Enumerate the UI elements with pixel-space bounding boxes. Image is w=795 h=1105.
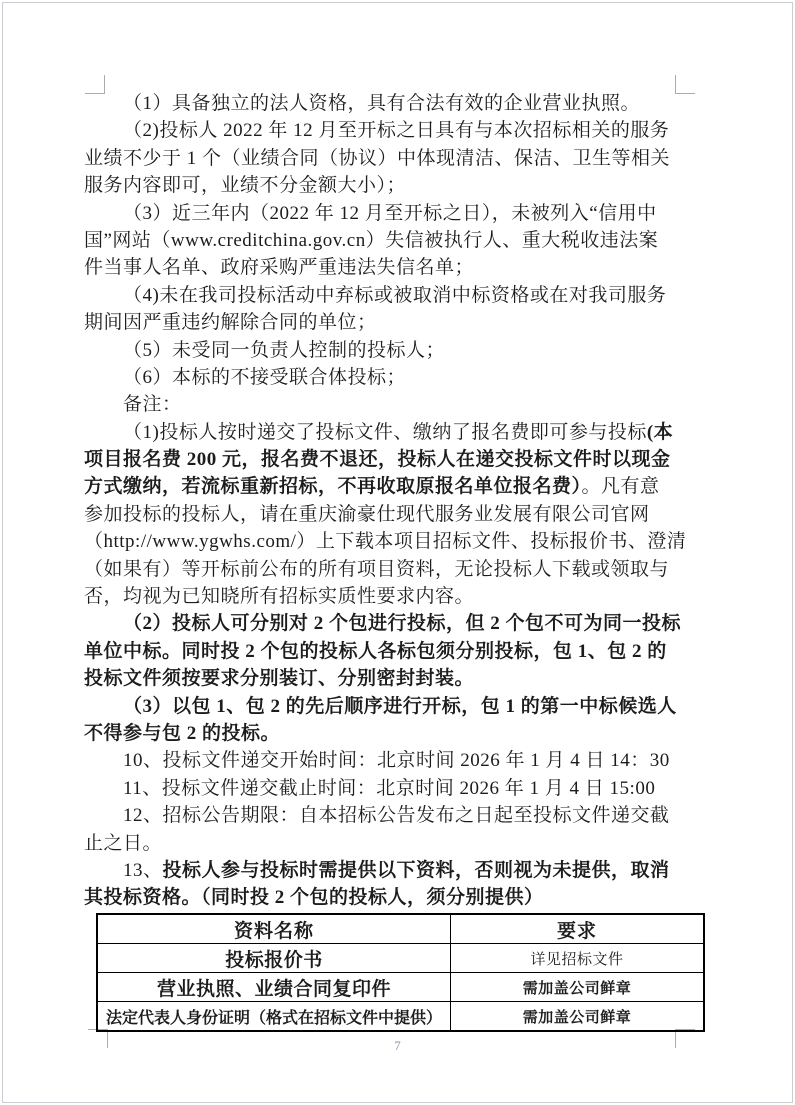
table-row: 投标报价书详见招标文件 xyxy=(97,944,704,973)
text-segment: 件当事人名单、政府采购严重违法失信名单； xyxy=(84,257,474,278)
text-segment: 10、投标文件递交开始时间：北京时间 2026 年 1 月 4 日 14：30 xyxy=(123,750,670,771)
text-line: 方式缴纳，若流标重新招标，不再收取原报名单位报名费）。凡有意 xyxy=(84,473,706,500)
text-line: （5）未受同一负责人控制的投标人； xyxy=(84,337,706,364)
text-line: 服务内容即可，业绩不分金额大小）； xyxy=(84,172,706,199)
text-segment: （2)投标人 2022 年 12 月至开标之日具有与本次招标相关的服务 xyxy=(123,120,669,141)
text-line: 13、投标人参与投标时需提供以下资料，否则视为未提供，取消 xyxy=(84,857,706,884)
table-header-cell: 资料名称 xyxy=(97,914,451,944)
text-line: （3）近三年内（2022 年 12 月至开标之日），未被列入“信用中 xyxy=(84,200,706,227)
text-segment: 方式缴纳，若流标重新招标，不再收取原报名单位报名费） xyxy=(84,476,582,497)
text-segment: 11、投标文件递交截止时间：北京时间 2026 年 1 月 4 日 15:00 xyxy=(123,778,655,799)
text-segment: 12、招标公告期限：自本招标公告发布之日起至投标文件递交截 xyxy=(123,805,670,826)
text-segment: （2）投标人可分别对 2 个包进行投标，但 2 个包不可为同一投标 xyxy=(123,613,681,634)
text-line: 参加投标的投标人，请在重庆渝豪仕现代服务业发展有限公司官网 xyxy=(84,501,706,528)
text-segment: 13、 xyxy=(123,860,163,881)
text-line: 12、招标公告期限：自本招标公告发布之日起至投标文件递交截 xyxy=(84,802,706,829)
text-segment: （4)未在我司投标活动中弃标或被取消中标资格或在对我司服务 xyxy=(123,285,666,306)
requirement-cell: 需加盖公司鲜章 xyxy=(451,1002,705,1032)
table-row: 营业执照、业绩合同复印件需加盖公司鲜章 xyxy=(97,973,704,1002)
text-line: （如果有）等开标前公布的所有项目资料，无论投标人下载或领取与 xyxy=(84,556,706,583)
text-segment: （3）近三年内（2022 年 12 月至开标之日），未被列入“信用中 xyxy=(123,203,657,224)
page-number: 7 xyxy=(0,1038,795,1054)
text-line: 10、投标文件递交开始时间：北京时间 2026 年 1 月 4 日 14：30 xyxy=(84,747,706,774)
text-line: （2）投标人可分别对 2 个包进行投标，但 2 个包不可为同一投标 xyxy=(84,610,706,637)
text-segment: （1)投标人按时递交了投标文件、缴纳了报名费即可参与投标 xyxy=(123,422,647,443)
text-line: （2)投标人 2022 年 12 月至开标之日具有与本次招标相关的服务 xyxy=(84,117,706,144)
text-line: 否，均视为已知晓所有招标实质性要求内容。 xyxy=(84,583,706,610)
text-segment: （http://www.ygwhs.com/）上下载本项目招标文件、投标报价书、… xyxy=(84,531,686,552)
document-name-cell: 法定代表人身份证明（格式在招标文件中提供） xyxy=(97,1002,451,1032)
requirement-cell: 详见招标文件 xyxy=(451,944,705,973)
text-segment: 单位中标。同时投 2 个包的投标人各标包须分别投标，包 1、包 2 的 xyxy=(84,641,667,662)
text-segment: （5）未受同一负责人控制的投标人； xyxy=(123,340,445,361)
text-segment: 其投标资格。（同时投 2 个包的投标人，须分别提供） xyxy=(84,887,544,908)
table-header-cell: 要求 xyxy=(451,914,705,944)
document-body-text: （1）具备独立的法人资格，具有合法有效的企业营业执照。（2)投标人 2022 年… xyxy=(84,90,706,912)
text-segment: 服务内容即可，业绩不分金额大小）； xyxy=(84,175,406,196)
text-segment: （如果有）等开标前公布的所有项目资料，无论投标人下载或领取与 xyxy=(84,559,669,580)
text-line: （http://www.ygwhs.com/）上下载本项目招标文件、投标报价书、… xyxy=(84,528,706,555)
text-line: （1)投标人按时递交了投标文件、缴纳了报名费即可参与投标(本 xyxy=(84,419,706,446)
text-line: 件当事人名单、政府采购严重违法失信名单； xyxy=(84,254,706,281)
text-line: 止之日。 xyxy=(84,830,706,857)
document-name-cell: 投标报价书 xyxy=(97,944,451,973)
text-line: 其投标资格。（同时投 2 个包的投标人，须分别提供） xyxy=(84,884,706,911)
text-line: 期间因严重违约解除合同的单位； xyxy=(84,309,706,336)
text-line: （4)未在我司投标活动中弃标或被取消中标资格或在对我司服务 xyxy=(84,282,706,309)
text-line: 国”网站（www.creditchina.gov.cn）失信被执行人、重大税收违… xyxy=(84,227,706,254)
text-line: 不得参与包 2 的投标。 xyxy=(84,720,706,747)
text-segment: 期间因严重违约解除合同的单位； xyxy=(84,312,377,333)
table-header-row: 资料名称要求 xyxy=(97,914,704,944)
text-segment: 否，均视为已知晓所有招标实质性要求内容。 xyxy=(84,586,474,607)
text-segment: （3）以包 1、包 2 的先后顺序进行开标，包 1 的第一中标候选人 xyxy=(123,696,677,717)
text-segment: 参加投标的投标人，请在重庆渝豪仕现代服务业发展有限公司官网 xyxy=(84,504,650,525)
requirement-cell: 需加盖公司鲜章 xyxy=(451,973,705,1002)
text-line: （3）以包 1、包 2 的先后顺序进行开标，包 1 的第一中标候选人 xyxy=(84,693,706,720)
text-segment: 投标人参与投标时需提供以下资料，否则视为未提供，取消 xyxy=(163,860,670,881)
required-documents-table: 资料名称要求投标报价书详见招标文件营业执照、业绩合同复印件需加盖公司鲜章法定代表… xyxy=(96,913,705,1032)
text-line: 业绩不少于 1 个（业绩合同（协议）中体现清洁、保洁、卫生等相关 xyxy=(84,145,706,172)
text-segment: 项目报名费 200 元，报名费不退还，投标人在递交投标文件时以现金 xyxy=(84,449,671,470)
table-row: 法定代表人身份证明（格式在招标文件中提供）需加盖公司鲜章 xyxy=(97,1002,704,1032)
text-segment: 业绩不少于 1 个（业绩合同（协议）中体现清洁、保洁、卫生等相关 xyxy=(84,148,670,169)
document-name-cell: 营业执照、业绩合同复印件 xyxy=(97,973,451,1002)
text-segment: 不得参与包 2 的投标。 xyxy=(84,723,280,744)
text-line: 投标文件须按要求分别装订、分别密封封装。 xyxy=(84,665,706,692)
text-line: （6）本标的不接受联合体投标； xyxy=(84,364,706,391)
text-line: 单位中标。同时投 2 个包的投标人各标包须分别投标，包 1、包 2 的 xyxy=(84,638,706,665)
text-segment: （1）具备独立的法人资格，具有合法有效的企业营业执照。 xyxy=(123,93,640,114)
text-segment: 备注： xyxy=(123,394,182,415)
text-segment: 国”网站（www.creditchina.gov.cn）失信被执行人、重大税收违… xyxy=(84,230,658,251)
text-segment: （6）本标的不接受联合体投标； xyxy=(123,367,406,388)
text-line: （1）具备独立的法人资格，具有合法有效的企业营业执照。 xyxy=(84,90,706,117)
text-line: 备注： xyxy=(84,391,706,418)
text-segment: 投标文件须按要求分别装订、分别密封封装。 xyxy=(84,668,474,689)
text-segment: 止之日。 xyxy=(84,833,162,854)
document-page: （1）具备独立的法人资格，具有合法有效的企业营业执照。（2)投标人 2022 年… xyxy=(0,0,795,1105)
text-segment: 。凡有意 xyxy=(582,476,660,497)
text-segment: (本 xyxy=(647,422,673,443)
text-line: 项目报名费 200 元，报名费不退还，投标人在递交投标文件时以现金 xyxy=(84,446,706,473)
text-line: 11、投标文件递交截止时间：北京时间 2026 年 1 月 4 日 15:00 xyxy=(84,775,706,802)
